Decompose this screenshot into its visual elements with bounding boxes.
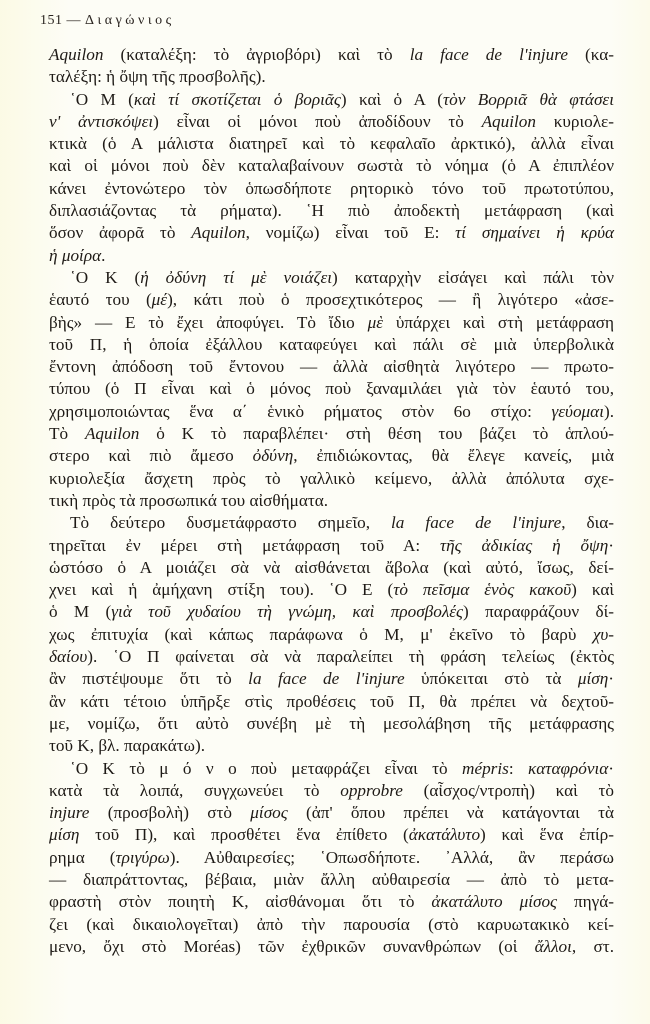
text: ἂν κάτι τέτοιο ὑπῆρξε στὶς προθέσεις τοῦ…: [49, 692, 614, 711]
text-line: τύπου (ὁ Π εἶναι καὶ ὁ μόνος ποὺ ξαναμιλ…: [49, 378, 614, 400]
italic-text: ἀκατάλυτο: [409, 825, 480, 844]
text: μενο, ὄχι στὸ Moréas) τῶν ἐχθρικῶν συναν…: [49, 937, 535, 956]
italic-text: γεύομαι: [552, 402, 604, 421]
text-line: δαίου). ῾Ο Π φαίνεται σὰ νὰ παραλείπει τ…: [49, 646, 614, 668]
text-line: ῾Ο Μ (καὶ τί σκοτίζεται ὁ βοριᾶς) καὶ ὁ …: [49, 89, 614, 111]
text: ·: [608, 669, 614, 688]
text: , ἐπιδιώκοντας, θὰ ἔλεγε κανείς, μιὰ: [293, 446, 614, 465]
text-line: ὅσον ἀφορᾶ τὸ Aquilon, νομίζω) εἶναι τοῦ…: [49, 222, 614, 244]
text: ῾Ο Μ (: [70, 90, 134, 109]
italic-text: μίση: [578, 669, 608, 688]
text-line: Aquilon (καταλέξη: τὸ ἀγριοβόρι) καὶ τὸ …: [49, 44, 614, 66]
text: ὁ Μ (: [49, 602, 111, 621]
text: ·: [608, 759, 614, 778]
text-line: ἂν κάτι τέτοιο ὑπῆρξε στὶς προθέσεις τοῦ…: [49, 691, 614, 713]
italic-text: γιὰ τοῦ χυδαίου τὴ γνώμη, καὶ προσβολές: [111, 602, 463, 621]
running-head: 151 — Διαγώνιος: [40, 13, 175, 29]
text: ῾Ο Κ (: [70, 268, 140, 287]
text: ῾Ο Κ τὸ μ ό ν ο ποὺ μεταφράζει εἶναι τὸ: [70, 759, 462, 778]
italic-text: χυ-: [593, 625, 614, 644]
text-line: τηρεῖται ἐν μέρει στὴ μετάφραση τοῦ Α: τ…: [49, 535, 614, 557]
text: με, νομίζω, ὅτι αὐτὸ συνέβη μὲ τὴ μεσολά…: [49, 714, 614, 733]
text: διπλασιάζοντας τὰ ρήματα). ῾Η πιὸ ἀποδεκ…: [49, 201, 614, 220]
text-line: injure (προσβολὴ) στὸ μίσος (ἀπ' ὅπου πρ…: [49, 802, 614, 824]
text: :: [509, 759, 528, 778]
text-line: ἡ μοίρα.: [49, 245, 614, 267]
text: χως ἐπιτυχία (καὶ κάπως παράφωνα ὁ Μ, μ'…: [49, 625, 593, 644]
text: κάνει ἐντονώτερο τὸν ὁπωσδήποτε ρητορικὸ…: [49, 179, 614, 198]
italic-text: Aquilon: [49, 45, 103, 64]
text-line: ζει (καὶ δικαιολογεῖται) ἀπὸ τὴν παρουσί…: [49, 914, 614, 936]
text: ταλέξη: ἡ ὄψη τῆς προσβολῆς).: [49, 67, 266, 86]
italic-text: ἀκατάλυτο μίσος: [431, 892, 557, 911]
text-line: χως ἐπιτυχία (καὶ κάπως παράφωνα ὁ Μ, μ'…: [49, 624, 614, 646]
italic-text: la face de l'injure: [410, 45, 568, 64]
text: χρησιμοποιώντας ἕνα α΄ ἑνικὸ ρήματος στὸ…: [49, 402, 552, 421]
text-line: διπλασιάζοντας τὰ ρήματα). ῾Η πιὸ ἀποδεκ…: [49, 200, 614, 222]
text-line: ἑαυτό του (μέ), κάτι ποὺ ὁ προσεχτικότερ…: [49, 289, 614, 311]
text: κυριολεξία ἄσχετη πρὸς τὸ γαλλικὸ κείμεν…: [49, 469, 614, 488]
text: ). Αὐθαιρεσίες; ῾Οπωσδήποτε. ᾿Αλλά, ἂν π…: [170, 848, 614, 867]
text: ζει (καὶ δικαιολογεῖται) ἀπὸ τὴν παρουσί…: [49, 915, 614, 934]
text-line: κυριολεξία ἄσχετη πρὸς τὸ γαλλικὸ κείμεν…: [49, 468, 614, 490]
text: ἔντονη ἀπόδοση τοῦ ἔντονου — ἀλλὰ αἰσθητ…: [49, 357, 614, 376]
italic-text: mépris: [462, 759, 509, 778]
italic-text: καταφρόνια: [528, 759, 608, 778]
text-line: ρημα (τριγύρω). Αὐθαιρεσίες; ῾Οπωσδήποτε…: [49, 847, 614, 869]
text: στερο καὶ πιὸ ἄμεσο: [49, 446, 253, 465]
text: τοῦ Π), καὶ προσθέτει ἕνα ἐπίθετο (: [79, 825, 408, 844]
italic-text: τί σημαίνει ἡ κρύα: [455, 223, 614, 242]
text-line: ἂν πιστέψουμε ὅτι τὸ la face de l'injure…: [49, 668, 614, 690]
text: ). ῾Ο Π φαίνεται σὰ νὰ παραλείπει τὴ φρά…: [87, 647, 614, 666]
text: κατὰ τὰ λοιπά, συγχωνεύει τὸ: [49, 781, 340, 800]
text: (αἶσχος/ντροπὴ) καὶ τὸ: [403, 781, 614, 800]
text: , νομίζω) εἶναι τοῦ Ε:: [246, 223, 456, 242]
text-line: κάνει ἐντονώτερο τὸν ὁπωσδήποτε ρητορικὸ…: [49, 178, 614, 200]
text-line: τοῦ Π, ἡ ὁποία ἐξάλλου καταφεύγει καὶ πά…: [49, 334, 614, 356]
text: Τὸ: [49, 424, 85, 443]
text-line: Τὸ δεύτερο δυσμετάφραστο σημεῖο, la face…: [49, 512, 614, 534]
text: ὡστόσο ὁ Α μοιάζει σὰ νὰ αἰσθάνεται ἄβολ…: [49, 558, 614, 577]
text: φραστὴ στὸν ποιητὴ Κ, αἰσθάνομαι ὅτι τὸ: [49, 892, 431, 911]
text: ) καὶ: [571, 580, 614, 599]
text: ὑπάρχει καὶ στὴ μετάφραση: [383, 313, 614, 332]
italic-text: μέ: [152, 290, 167, 309]
text: ).: [604, 402, 614, 421]
italic-text: τὸν Βορριᾶ θὰ φτάσει: [443, 90, 614, 109]
text-line: φραστὴ στὸν ποιητὴ Κ, αἰσθάνομαι ὅτι τὸ …: [49, 891, 614, 913]
italic-text: καὶ τί σκοτίζεται ὁ βοριᾶς: [134, 90, 341, 109]
text: (ἀπ' ὅπου πρέπει νὰ κατάγονται τὰ: [288, 803, 614, 822]
journal-title: Διαγώνιος: [85, 13, 175, 28]
text-line: ὡστόσο ὁ Α μοιάζει σὰ νὰ αἰσθάνεται ἄβολ…: [49, 557, 614, 579]
italic-text: la face de l'injure: [248, 669, 404, 688]
italic-text: ν' ἀντισκόψει: [49, 112, 153, 131]
text: ) καὶ ἕνα ἐπίρ-: [480, 825, 614, 844]
text: ·: [608, 536, 614, 555]
italic-text: μὲ: [368, 313, 383, 332]
text: ) παραφράζουν δί-: [463, 602, 614, 621]
text-line: ταλέξη: ἡ ὄψη τῆς προσβολῆς).: [49, 66, 614, 88]
body-text: Aquilon (καταλέξη: τὸ ἀγριοβόρι) καὶ τὸ …: [49, 44, 614, 958]
text: κτικὰ (ὁ Α μάλιστα διατηρεῖ καὶ τὸ κεφαλ…: [49, 134, 614, 153]
italic-text: ἄλλοι: [535, 937, 572, 956]
italic-text: ὀδύνη: [253, 446, 294, 465]
text: (καταλέξη: τὸ ἀγριοβόρι) καὶ τὸ: [103, 45, 409, 64]
text: ἂν πιστέψουμε ὅτι τὸ: [49, 669, 248, 688]
text: τύπου (ὁ Π εἶναι καὶ ὁ μόνος ποὺ ξαναμιλ…: [49, 379, 614, 398]
text-line: τικὴ πρὸς τὰ προσωπικά του αἰσθήματα.: [49, 490, 614, 512]
text: — διαπράττοντας, βέβαια, μιὰν ἄλλη αὐθαι…: [49, 870, 614, 889]
italic-text: Aquilon: [85, 424, 139, 443]
text: τικὴ πρὸς τὰ προσωπικά του αἰσθήματα.: [49, 491, 328, 510]
text-line: ὁ Μ (γιὰ τοῦ χυδαίου τὴ γνώμη, καὶ προσβ…: [49, 601, 614, 623]
text: (προσβολὴ) στὸ: [89, 803, 250, 822]
text: κυριολε-: [536, 112, 614, 131]
text-line: ἔντονη ἀπόδοση τοῦ ἔντονου — ἀλλὰ αἰσθητ…: [49, 356, 614, 378]
text: καὶ οἱ μόνοι ποὺ δὲν καταλαβαίνουν σωστὰ…: [49, 156, 614, 175]
text: τηρεῖται ἐν μέρει στὴ μετάφραση τοῦ Α:: [49, 536, 440, 555]
italic-text: ἡ ὀδύνη τί μὲ νοιάζει: [140, 268, 332, 287]
text-line: τοῦ Κ, βλ. παρακάτω).: [49, 735, 614, 757]
italic-text: la face de l'injure: [391, 513, 561, 532]
text-line: — διαπράττοντας, βέβαια, μιὰν ἄλλη αὐθαι…: [49, 869, 614, 891]
text-line: στερο καὶ πιὸ ἄμεσο ὀδύνη, ἐπιδιώκοντας,…: [49, 445, 614, 467]
text: χνει καὶ ἡ ἀμήχανη στίξη του). ῾Ο Ε (: [49, 580, 393, 599]
text: , δια-: [561, 513, 614, 532]
italic-text: τριγύρω: [115, 848, 169, 867]
text: πηγά-: [557, 892, 614, 911]
text: ρημα (: [49, 848, 115, 867]
text: ) εἶναι οἱ μόνοι ποὺ ἀποδίδουν τὸ: [153, 112, 481, 131]
text-line: καὶ οἱ μόνοι ποὺ δὲν καταλαβαίνουν σωστὰ…: [49, 155, 614, 177]
text: τοῦ Π, ἡ ὁποία ἐξάλλου καταφεύγει καὶ πά…: [49, 335, 614, 354]
text: ὅσον ἀφορᾶ τὸ: [49, 223, 191, 242]
text-line: ῾Ο Κ (ἡ ὀδύνη τί μὲ νοιάζει) καταρχὴν εἰ…: [49, 267, 614, 289]
text-line: χρησιμοποιώντας ἕνα α΄ ἑνικὸ ρήματος στὸ…: [49, 401, 614, 423]
text-line: με, νομίζω, ὅτι αὐτὸ συνέβη μὲ τὴ μεσολά…: [49, 713, 614, 735]
text-line: ῾Ο Κ τὸ μ ό ν ο ποὺ μεταφράζει εἶναι τὸ …: [49, 758, 614, 780]
text-line: κατὰ τὰ λοιπά, συγχωνεύει τὸ opprobre (α…: [49, 780, 614, 802]
text: (κα-: [568, 45, 614, 64]
italic-text: δαίου: [49, 647, 87, 666]
italic-text: Aquilon: [482, 112, 536, 131]
text-line: ν' ἀντισκόψει) εἶναι οἱ μόνοι ποὺ ἀποδίδ…: [49, 111, 614, 133]
text: βὴς» — Ε τὸ ἔχει ἀποφύγει. Τὸ ἴδιο: [49, 313, 368, 332]
italic-text: μίσος: [250, 803, 287, 822]
text: ), κάτι ποὺ ὁ προσεχτικότερος — ἢ λιγότε…: [167, 290, 614, 309]
text: ὁ Κ τὸ παραβλέπει· στὴ θέση του βάζει τὸ…: [139, 424, 614, 443]
text-line: χνει καὶ ἡ ἀμήχανη στίξη του). ῾Ο Ε (τὸ …: [49, 579, 614, 601]
text: τοῦ Κ, βλ. παρακάτω).: [49, 736, 205, 755]
text-line: κτικὰ (ὁ Α μάλιστα διατηρεῖ καὶ τὸ κεφαλ…: [49, 133, 614, 155]
text-line: μίση τοῦ Π), καὶ προσθέτει ἕνα ἐπίθετο (…: [49, 824, 614, 846]
book-page: 151 — Διαγώνιος Aquilon (καταλέξη: τὸ ἀγ…: [0, 0, 650, 1024]
page-number: 151: [40, 13, 63, 28]
text: , στ.: [572, 937, 614, 956]
text: .: [101, 246, 105, 265]
italic-text: opprobre: [340, 781, 403, 800]
italic-text: ἡ μοίρα: [49, 246, 101, 265]
italic-text: injure: [49, 803, 89, 822]
separator: —: [67, 13, 82, 28]
italic-text: Aquilon: [191, 223, 245, 242]
italic-text: τὸ πεῖσμα ἑνὸς κακοῦ: [393, 580, 571, 599]
text-line: μενο, ὄχι στὸ Moréas) τῶν ἐχθρικῶν συναν…: [49, 936, 614, 958]
text: ἑαυτό του (: [49, 290, 152, 309]
text-line: βὴς» — Ε τὸ ἔχει ἀποφύγει. Τὸ ἴδιο μὲ ὑπ…: [49, 312, 614, 334]
text: Τὸ δεύτερο δυσμετάφραστο σημεῖο,: [70, 513, 391, 532]
italic-text: μίση: [49, 825, 79, 844]
text: ) καταρχὴν εἰσάγει καὶ πάλι τὸν: [332, 268, 614, 287]
text: ὑπόκειται στὸ τὰ: [405, 669, 578, 688]
text: ) καὶ ὁ Α (: [341, 90, 443, 109]
text-line: Τὸ Aquilon ὁ Κ τὸ παραβλέπει· στὴ θέση τ…: [49, 423, 614, 445]
italic-text: τῆς ἀδικίας ἡ ὄψη: [440, 536, 608, 555]
